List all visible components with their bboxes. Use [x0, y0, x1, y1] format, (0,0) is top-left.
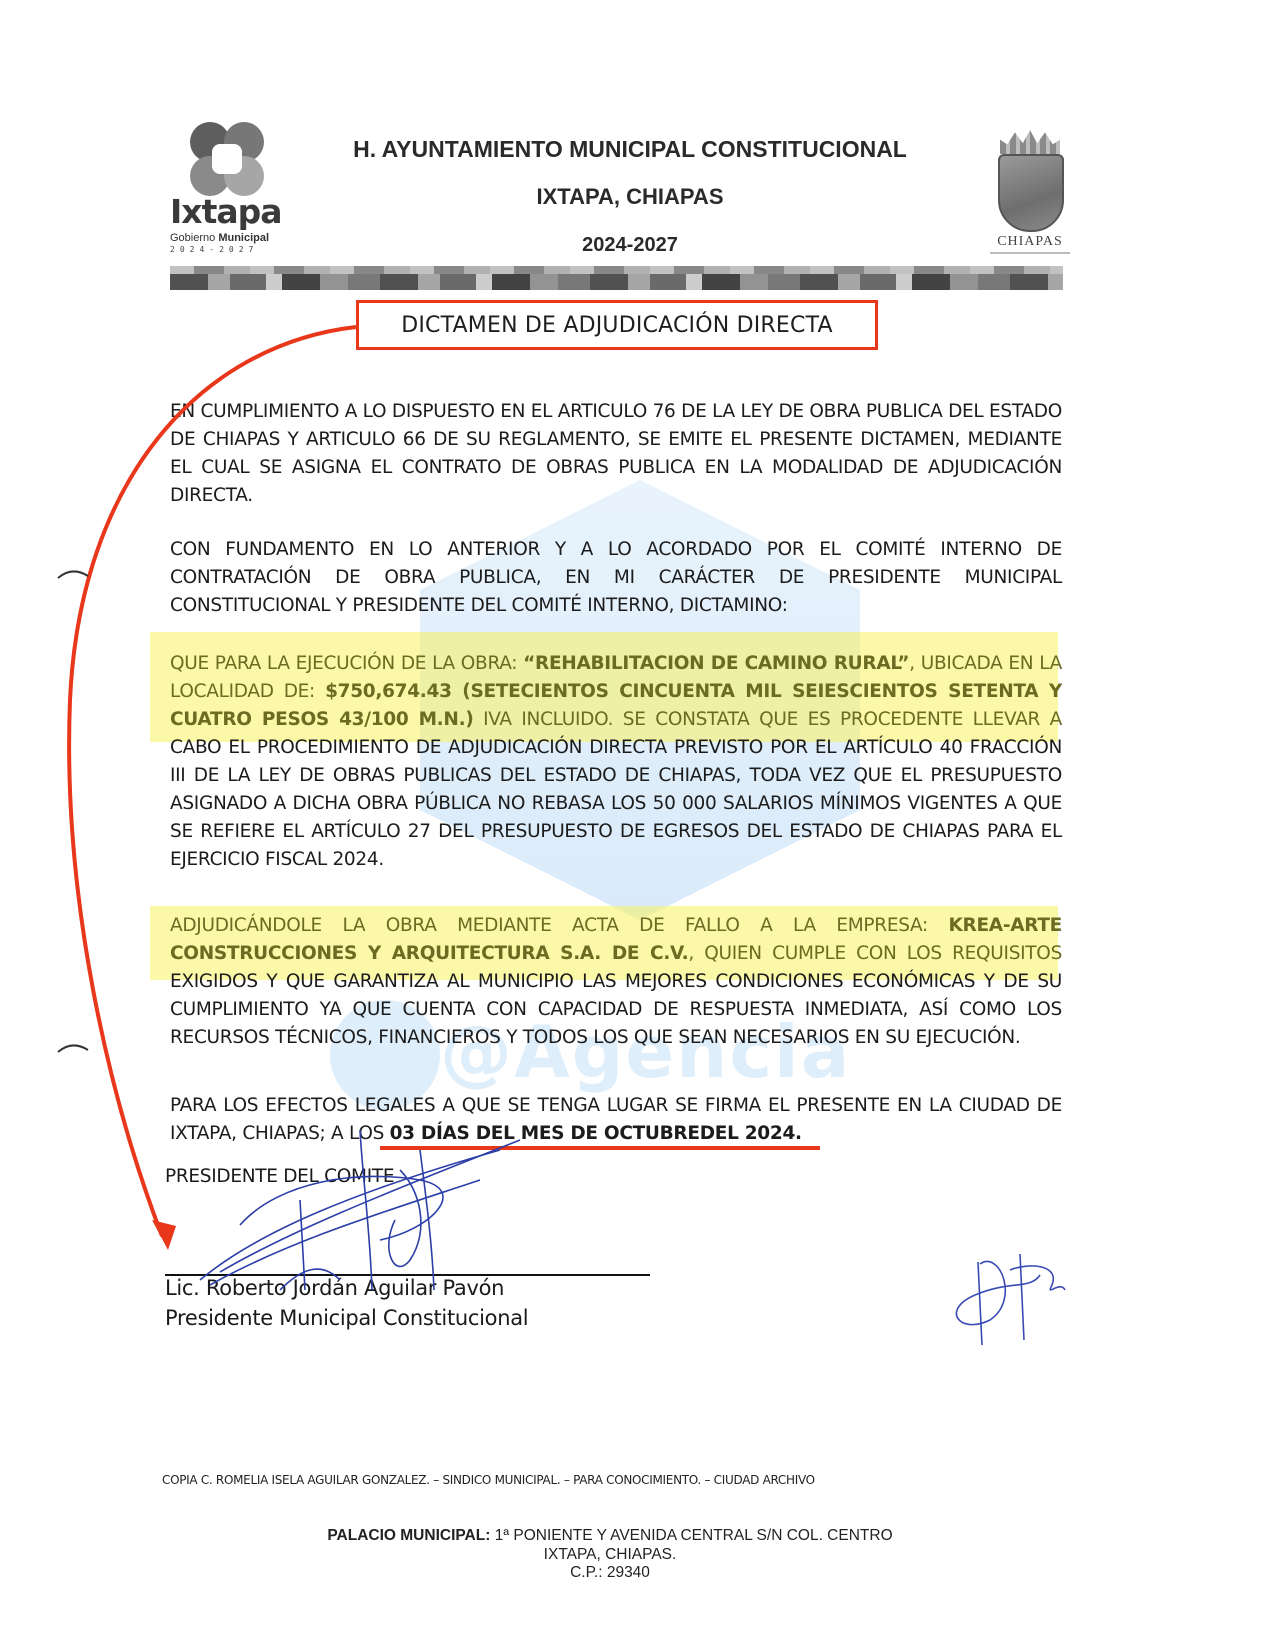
footer-city: IXTAPA, CHIAPAS. — [250, 1546, 970, 1564]
binder-mark-icon — [58, 1045, 88, 1052]
copy-recipients: COPIA C. ROMELIA ISELA AGUILAR GONZALEZ.… — [162, 1474, 922, 1487]
footer-address: PALACIO MUNICIPAL: 1ª PONIENTE Y AVENIDA… — [250, 1527, 970, 1545]
arrow-head-icon — [152, 1220, 176, 1250]
secondary-signature-icon — [956, 1254, 1065, 1345]
footer-postal-code: C.P.: 29340 — [250, 1564, 970, 1582]
red-arrow-icon — [69, 327, 356, 1236]
annotation-overlay — [0, 0, 1275, 1650]
binder-mark-icon — [58, 571, 88, 578]
president-signature-icon — [200, 1130, 520, 1290]
